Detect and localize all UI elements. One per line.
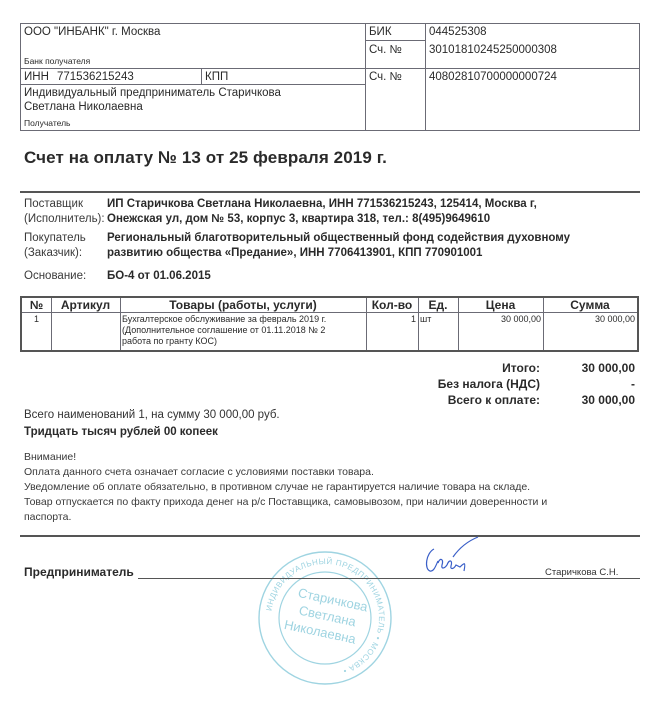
supplier-line1: ИП Старичкова Светлана Николаевна, ИНН 7… [107,197,537,212]
signature-role-label: Предприниматель [24,565,134,579]
notice-line: Оплата данного счета означает согласие с… [24,465,547,480]
vat-label: Без налога (НДС) [340,377,540,391]
header-divider [22,312,637,313]
bik-value: 044525308 [429,25,487,39]
recipient-name-line1: Индивидуальный предприниматель Старичков… [24,86,281,100]
buyer-line2: развитию общества «Предание», ИНН 770641… [107,246,482,261]
vat-value: - [535,377,635,391]
col-header-sum: Сумма [543,298,637,312]
bank-name: ООО "ИНБАНК" г. Москва [24,25,160,39]
recipient-caption: Получатель [24,118,70,128]
divider [425,24,426,130]
recipient-name-line2: Светлана Николаевна [24,100,143,114]
bank-details-table: ООО "ИНБАНК" г. Москва Банк получателя Б… [20,23,640,131]
items-count-summary: Всего наименований 1, на сумму 30 000,00… [24,409,280,421]
cell-price: 30 000,00 [458,314,541,325]
items-table: № Артикул Товары (работы, услуги) Кол-во… [20,296,639,352]
account-value: 40802810700000000724 [429,70,557,84]
kpp-label: КПП [205,70,228,84]
inn-value: 771536215243 [57,70,134,84]
notice-line: паспорта. [24,510,547,525]
cell-name-line1: Бухгалтерское обслуживание за февраль 20… [122,314,326,325]
cell-sum: 30 000,00 [543,314,635,325]
basis-label: Основание: [24,269,86,284]
buyer-label: Покупатель [24,231,86,246]
cell-name-line2: (Дополнительное соглашение от 01.11.2018… [122,325,325,336]
divider [201,68,202,84]
supplier-line2: Онежская ул, дом № 53, корпус 3, квартир… [107,212,490,227]
divider [21,68,639,69]
signature-line [138,578,640,579]
col-header-qty: Кол-во [366,298,418,312]
total-value: 30 000,00 [535,361,635,375]
supplier-label: Поставщик [24,197,83,212]
inn-label: ИНН [24,70,49,84]
corr-account-label: Сч. № [369,43,402,57]
supplier-label-sub: (Исполнитель): [24,212,106,227]
amount-in-words: Тридцать тысяч рублей 00 копеек [24,426,218,438]
invoice-title: Счет на оплату № 13 от 25 февраля 2019 г… [24,148,387,168]
notice-rule [20,535,640,537]
basis-value: БО-4 от 01.06.2015 [107,269,211,284]
buyer-line1: Региональный благотворительный обществен… [107,231,570,246]
cell-name-line3: работа по гранту КОС) [122,336,217,347]
col-header-price: Цена [458,298,543,312]
bik-label: БИК [369,25,392,39]
notice-block: Внимание! Оплата данного счета означает … [24,450,547,525]
col-header-num: № [22,298,51,312]
notice-line: Товар отпускается по факту прихода денег… [24,495,547,510]
col-header-unit: Ед. [418,298,458,312]
divider [21,84,365,85]
account-label: Сч. № [369,70,402,84]
col-header-name: Товары (работы, услуги) [120,298,366,312]
bank-caption: Банк получателя [24,56,90,66]
seal-stamp-icon: ИНДИВИДУАЛЬНЫЙ ПРЕДПРИНИМАТЕЛЬ • МОСКВА … [255,548,395,688]
col-header-article: Артикул [51,298,120,312]
notice-line: Уведомление об оплате обязательно, в про… [24,480,547,495]
corr-account-value: 30101810245250000308 [429,43,557,57]
cell-num: 1 [22,314,51,325]
buyer-label-sub: (Заказчик): [24,246,82,261]
total-label: Итого: [340,361,540,375]
title-rule [20,191,640,193]
due-value: 30 000,00 [535,393,635,407]
due-label: Всего к оплате: [340,393,540,407]
divider [365,40,425,41]
notice-heading: Внимание! [24,450,547,465]
cell-qty: 1 [366,314,416,325]
signer-name: Старичкова С.Н. [545,567,618,578]
handwritten-signature-icon [420,535,480,577]
cell-unit: шт [420,314,431,325]
